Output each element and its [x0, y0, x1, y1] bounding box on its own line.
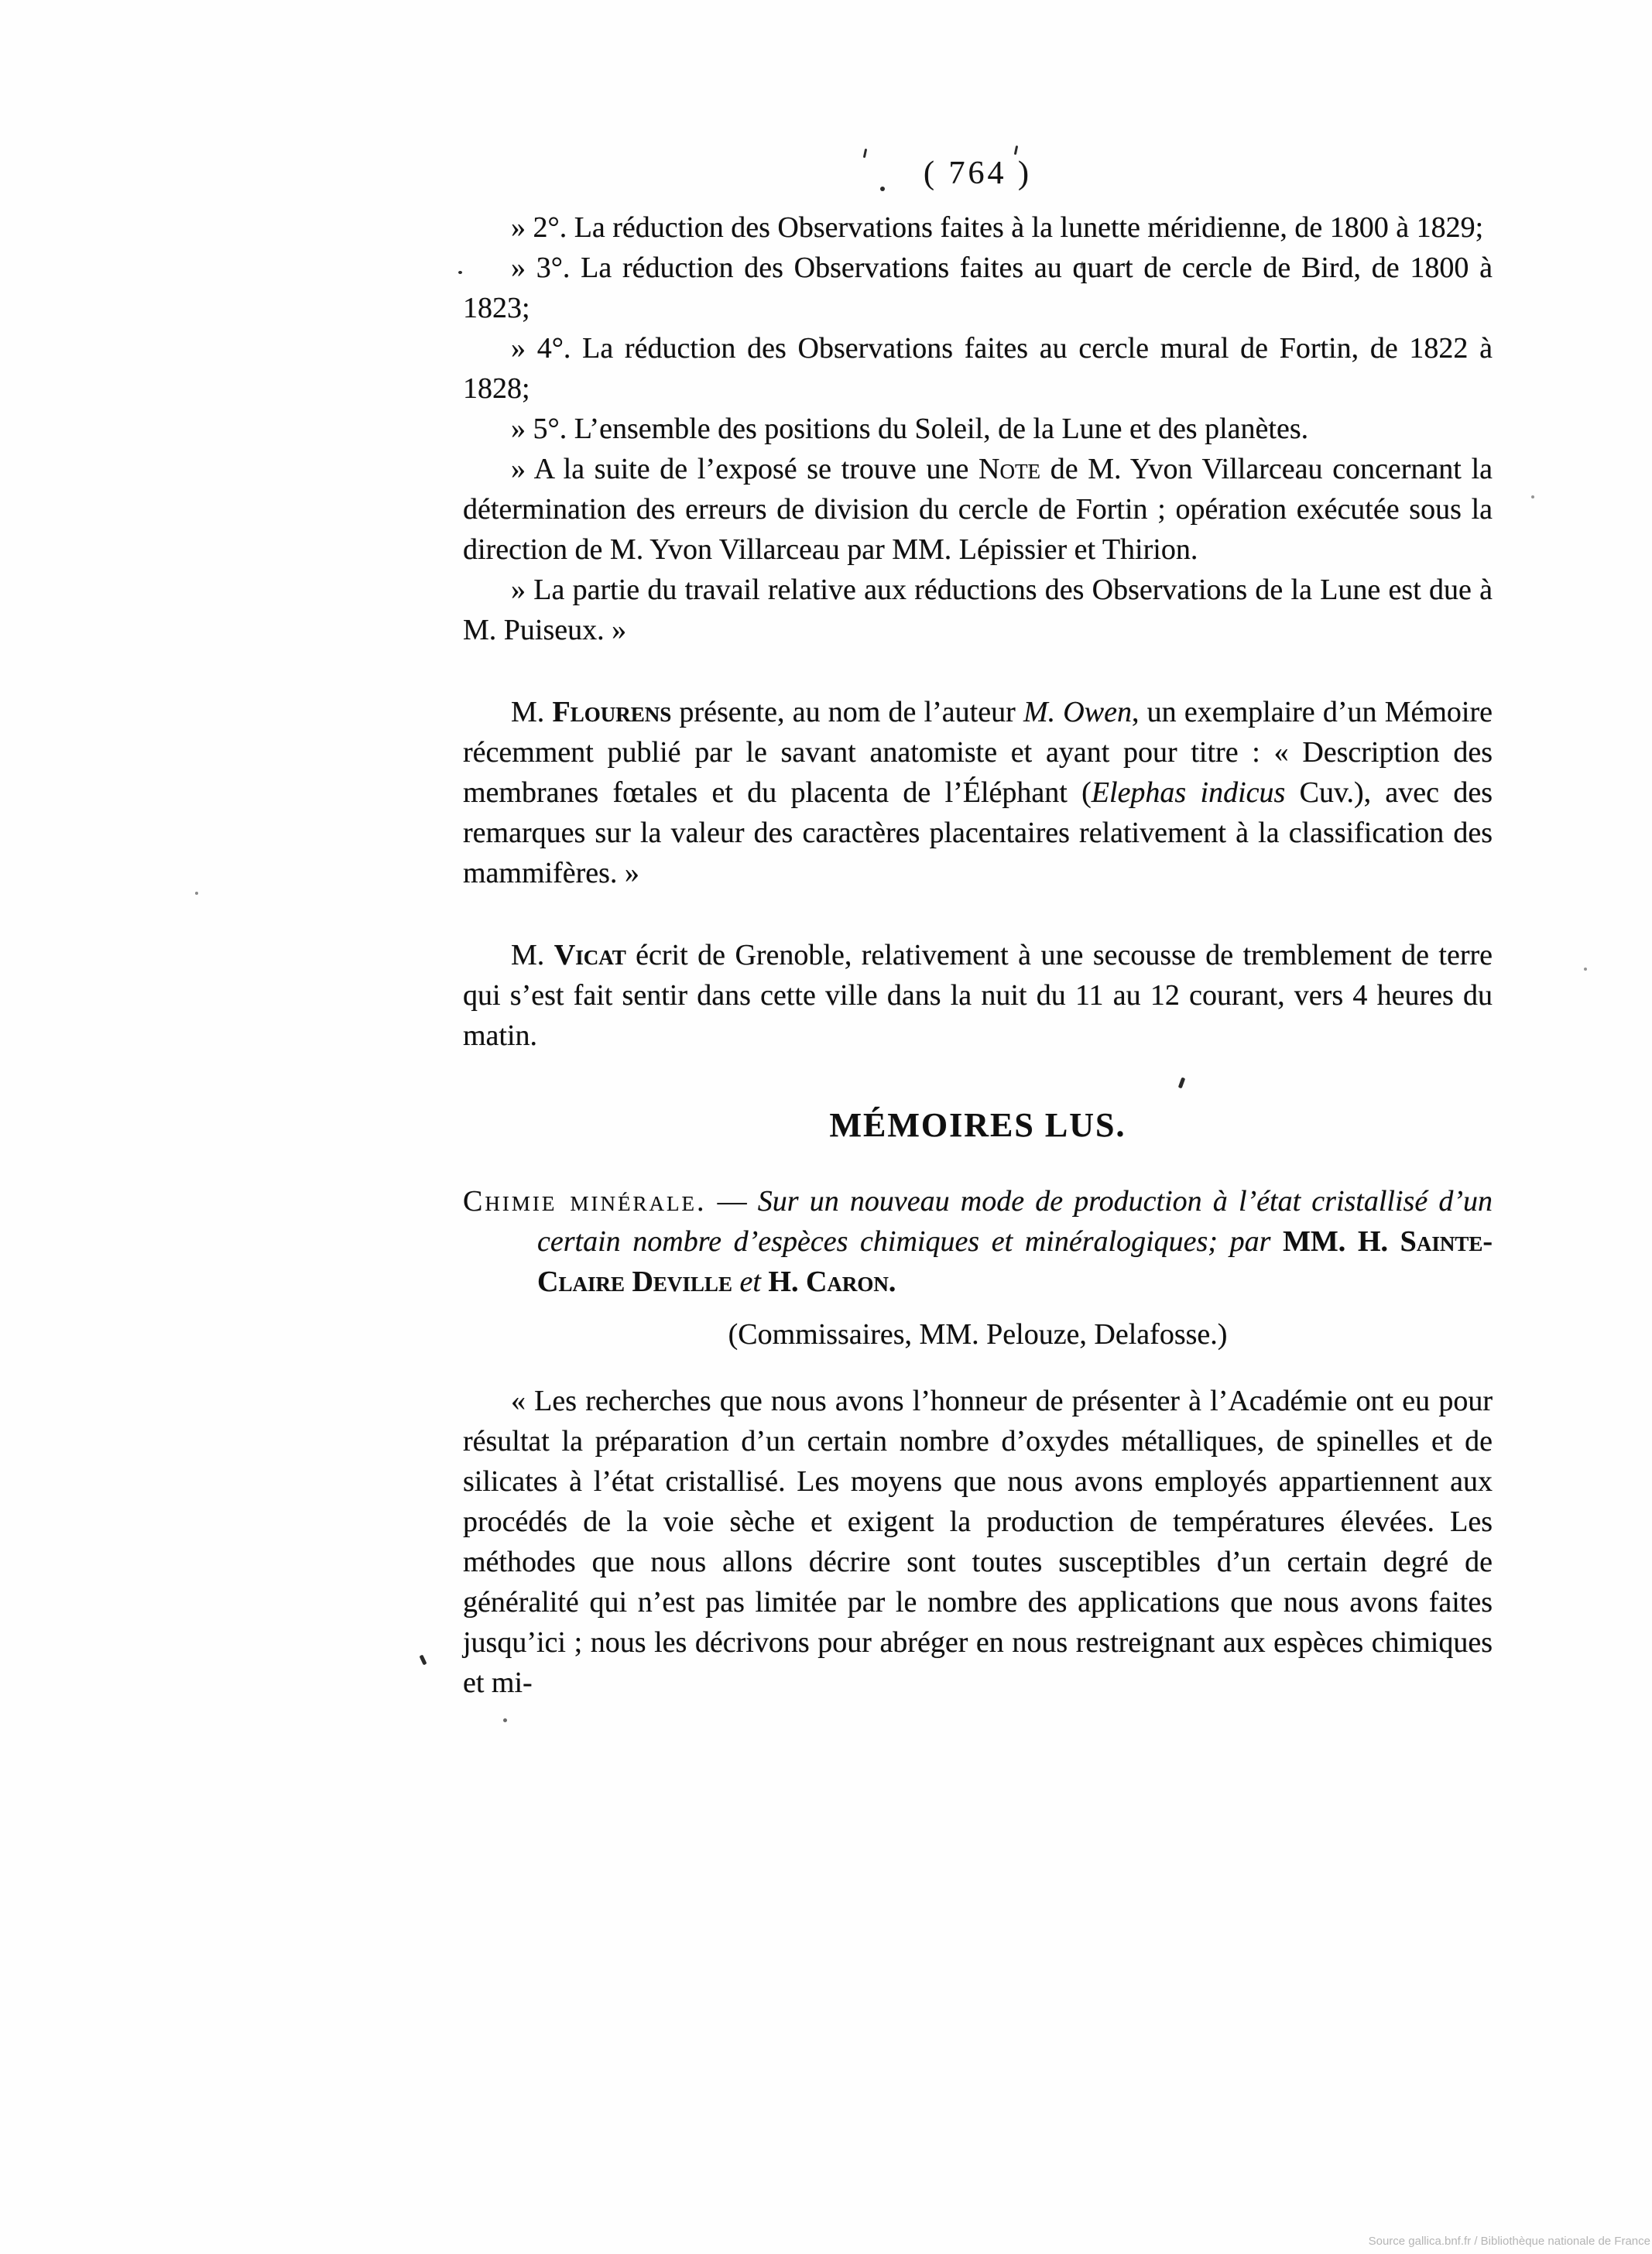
chimie-minerale-entry: Chimie minérale. — Sur un nouveau mode d…: [463, 1181, 1493, 1302]
list-item-text: » 4°. La réduction des Observations fait…: [463, 332, 1493, 405]
flourens-name: Flourens: [552, 696, 671, 728]
scan-speck: [419, 1655, 427, 1666]
vicat-name: Vicat: [554, 939, 626, 971]
list-item-2: » 2°. La réduction des Observations fait…: [463, 207, 1493, 248]
rubric-dash: —: [706, 1185, 757, 1218]
rubric-chimie-minerale: Chimie minérale.: [463, 1185, 706, 1218]
list-item-text: » 5°. L’ensemble des positions du Soleil…: [511, 413, 1308, 445]
scan-speck: [1014, 146, 1018, 155]
scan-speck: [1584, 968, 1587, 971]
note-text-pre: » A la suite de l’exposé se trouve une: [511, 453, 979, 485]
note-paragraph: » A la suite de l’exposé se trouve une N…: [463, 449, 1493, 570]
note-smallcaps: Note: [979, 453, 1040, 485]
list-item-5: » 5°. L’ensemble des positions du Soleil…: [463, 409, 1493, 449]
owen-name: M. Owen: [1023, 696, 1132, 728]
page-content: » 2°. La réduction des Observations fait…: [463, 207, 1493, 1703]
scan-speck: [195, 892, 198, 895]
scan-speck: [1531, 495, 1534, 498]
list-item-text: » 3°. La réduction des Observations fait…: [463, 252, 1493, 324]
author-caron: H. Caron.: [761, 1266, 896, 1298]
flourens-paragraph: M. Flourens présente, au nom de l’auteur…: [463, 692, 1493, 893]
source-footer: Source gallica.bnf.fr / Bibliothèque nat…: [1369, 2235, 1650, 2248]
scanned-page: ( 764 ) » 2°. La réduction des Observati…: [0, 0, 1652, 2254]
page-number: ( 764 ): [463, 155, 1493, 192]
lune-text: » La partie du travail relative aux rédu…: [463, 574, 1493, 646]
vicat-paragraph: M. Vicat écrit de Grenoble, relativement…: [463, 935, 1493, 1056]
scan-speck: [503, 1718, 507, 1722]
flourens-prefix: M.: [511, 696, 552, 728]
lune-paragraph: » La partie du travail relative aux rédu…: [463, 570, 1493, 650]
species-name: Elephas indicus: [1092, 776, 1286, 809]
author-et: et: [739, 1266, 760, 1298]
flourens-mid: présente, au nom de l’auteur: [671, 696, 1023, 728]
section-heading-memoires-lus: MÉMOIRES LUS.: [463, 1105, 1493, 1146]
list-item-text: » 2°. La réduction des Observations fait…: [511, 211, 1483, 244]
commissaires-line: (Commissaires, MM. Pelouze, Delafosse.): [463, 1314, 1493, 1355]
list-item-3: » 3°. La réduction des Observations fait…: [463, 248, 1493, 328]
scan-speck: [880, 187, 885, 191]
scan-speck: [458, 271, 462, 274]
list-item-4: » 4°. La réduction des Observations fait…: [463, 328, 1493, 409]
memoir-opening-paragraph: « Les recherches que nous avons l’honneu…: [463, 1381, 1493, 1703]
vicat-prefix: M.: [511, 939, 554, 971]
